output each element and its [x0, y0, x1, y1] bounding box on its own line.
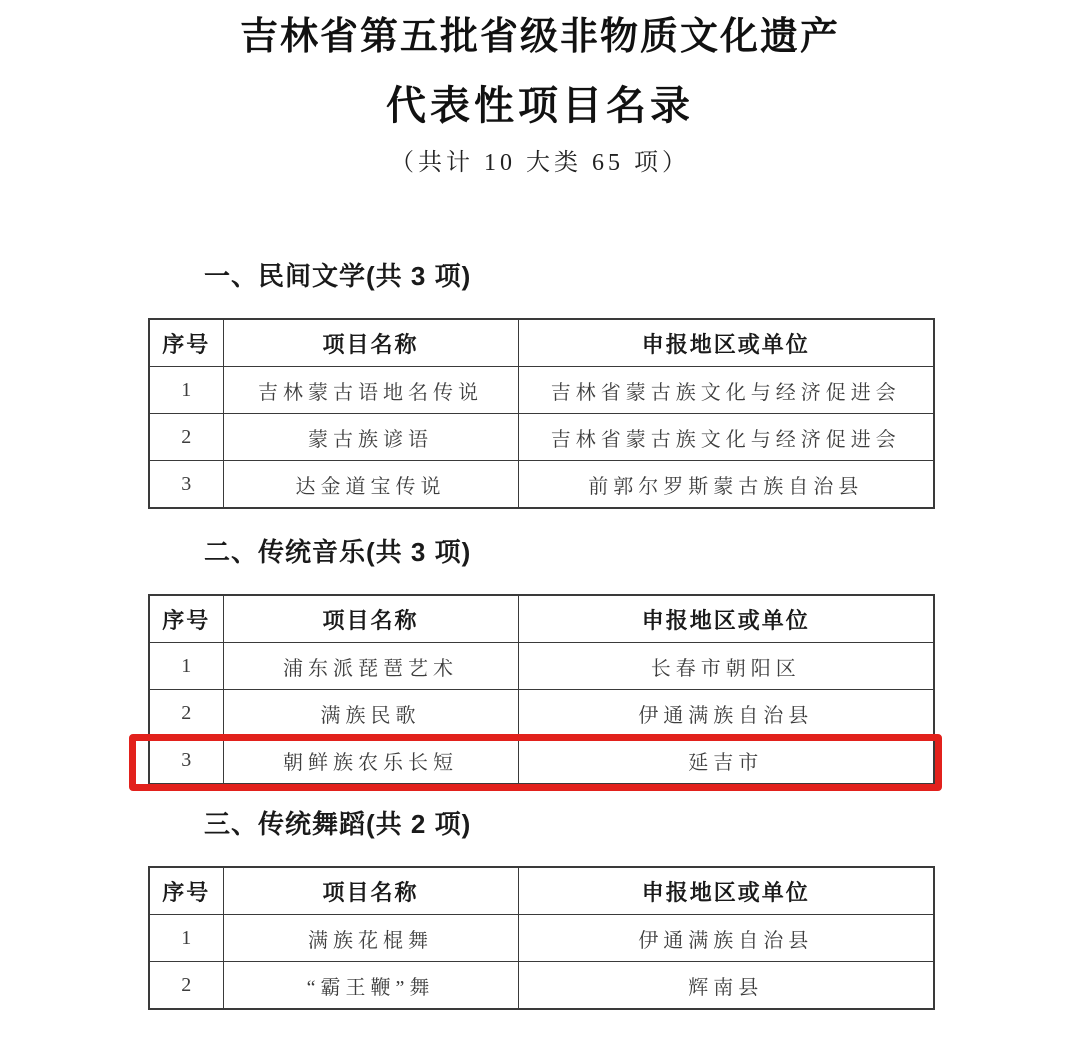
col-header-project-name: 项目名称	[223, 319, 518, 367]
page-title-line1: 吉林省第五批省级非物质文化遗产	[0, 0, 1080, 60]
cell-declaring-unit: 长春市朝阳区	[518, 643, 934, 690]
cell-declaring-unit: 吉林省蒙古族文化与经济促进会	[518, 367, 934, 414]
table-row: 2 满族民歌 伊通满族自治县	[149, 690, 934, 737]
table-row: 1 满族花棍舞 伊通满族自治县	[149, 915, 934, 962]
cell-no: 2	[149, 414, 223, 461]
col-header-no: 序号	[149, 319, 223, 367]
cell-project-name: 蒙古族谚语	[223, 414, 518, 461]
cell-project-name: 满族花棍舞	[223, 915, 518, 962]
col-header-declaring-unit: 申报地区或单位	[518, 319, 934, 367]
table-row: 2 蒙古族谚语 吉林省蒙古族文化与经济促进会	[149, 414, 934, 461]
table-header-row: 序号 项目名称 申报地区或单位	[149, 867, 934, 915]
col-header-project-name: 项目名称	[223, 595, 518, 643]
table-folk-literature: 序号 项目名称 申报地区或单位 1 吉林蒙古语地名传说 吉林省蒙古族文化与经济促…	[148, 318, 935, 509]
table-wrap-traditional-dance: 序号 项目名称 申报地区或单位 1 满族花棍舞 伊通满族自治县 2 “霸王鞭”舞…	[148, 866, 933, 1010]
cell-project-name: 达金道宝传说	[223, 461, 518, 509]
col-header-project-name: 项目名称	[223, 867, 518, 915]
table-row: 1 吉林蒙古语地名传说 吉林省蒙古族文化与经济促进会	[149, 367, 934, 414]
cell-declaring-unit: 吉林省蒙古族文化与经济促进会	[518, 414, 934, 461]
cell-declaring-unit: 伊通满族自治县	[518, 915, 934, 962]
cell-declaring-unit: 延吉市	[518, 737, 934, 785]
cell-declaring-unit: 伊通满族自治县	[518, 690, 934, 737]
cell-declaring-unit: 辉南县	[518, 962, 934, 1010]
cell-no: 2	[149, 690, 223, 737]
cell-no: 2	[149, 962, 223, 1010]
cell-no: 1	[149, 643, 223, 690]
document-page: 吉林省第五批省级非物质文化遗产 代表性项目名录 （共计 10 大类 65 项） …	[0, 0, 1080, 1037]
table-row: 2 “霸王鞭”舞 辉南县	[149, 962, 934, 1010]
table-wrap-traditional-music: 序号 项目名称 申报地区或单位 1 浦东派琵琶艺术 长春市朝阳区 2 满族民歌 …	[148, 594, 933, 785]
table-row-highlighted: 3 朝鲜族农乐长短 延吉市	[149, 737, 934, 785]
table-row: 3 达金道宝传说 前郭尔罗斯蒙古族自治县	[149, 461, 934, 509]
col-header-declaring-unit: 申报地区或单位	[518, 595, 934, 643]
table-header-row: 序号 项目名称 申报地区或单位	[149, 319, 934, 367]
table-header-row: 序号 项目名称 申报地区或单位	[149, 595, 934, 643]
page-title-line2: 代表性项目名录	[0, 84, 1080, 128]
cell-project-name: 朝鲜族农乐长短	[223, 737, 518, 785]
cell-project-name: “霸王鞭”舞	[223, 962, 518, 1010]
col-header-declaring-unit: 申报地区或单位	[518, 867, 934, 915]
cell-no: 3	[149, 737, 223, 785]
col-header-no: 序号	[149, 595, 223, 643]
cell-declaring-unit: 前郭尔罗斯蒙古族自治县	[518, 461, 934, 509]
cell-no: 1	[149, 367, 223, 414]
document-content: 一、民间文学(共 3 项) 序号 项目名称 申报地区或单位 1 吉林蒙古语地名传…	[148, 261, 933, 1010]
cell-no: 3	[149, 461, 223, 509]
cell-project-name: 浦东派琵琶艺术	[223, 643, 518, 690]
section-heading-folk-literature: 一、民间文学(共 3 项)	[148, 261, 933, 291]
section-heading-traditional-music: 二、传统音乐(共 3 项)	[148, 537, 933, 567]
table-traditional-dance: 序号 项目名称 申报地区或单位 1 满族花棍舞 伊通满族自治县 2 “霸王鞭”舞…	[148, 866, 935, 1010]
col-header-no: 序号	[149, 867, 223, 915]
cell-no: 1	[149, 915, 223, 962]
cell-project-name: 满族民歌	[223, 690, 518, 737]
page-subtitle: （共计 10 大类 65 项）	[0, 148, 1080, 178]
table-traditional-music: 序号 项目名称 申报地区或单位 1 浦东派琵琶艺术 长春市朝阳区 2 满族民歌 …	[148, 594, 935, 785]
section-heading-traditional-dance: 三、传统舞蹈(共 2 项)	[148, 809, 933, 839]
table-row: 1 浦东派琵琶艺术 长春市朝阳区	[149, 643, 934, 690]
table-wrap-folk-literature: 序号 项目名称 申报地区或单位 1 吉林蒙古语地名传说 吉林省蒙古族文化与经济促…	[148, 318, 933, 509]
cell-project-name: 吉林蒙古语地名传说	[223, 367, 518, 414]
